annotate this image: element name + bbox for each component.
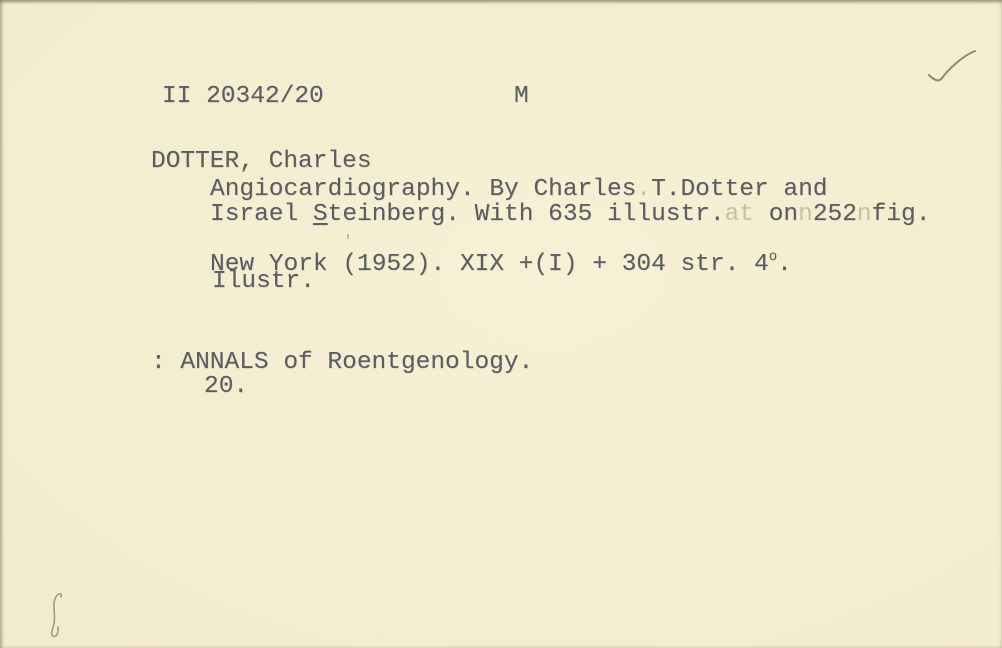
letter-mark: M [514,84,529,110]
figure-count: 252 [813,201,857,228]
illustration-note: Ilustr. [212,269,315,295]
stray-typed-mark: ' [343,233,353,252]
author-heading: DOTTER, Charles [151,149,372,175]
title-line-2: Israel Steinberg. With 635 illustr.at on… [210,202,930,228]
title-line-2-text-end: fig. [872,201,931,228]
erased-character: . [636,176,651,203]
catalog-card: II 20342/20 M DOTTER, Charles Angiocardi… [0,0,1002,648]
erased-text: n [798,201,813,228]
collation-period: . [777,251,792,278]
checkmark-icon [926,48,978,90]
title-line-1-text-cont: T.Dotter and [651,176,827,203]
series-number: 20. [204,374,248,400]
erased-text: n [857,201,872,228]
pencil-squiggle-icon [42,590,76,642]
title-line-2-text-cont: teinberg. With 635 illustr. [328,201,725,228]
call-number: II 20342/20 [162,84,324,110]
title-line-1: Angiocardiography. By Charles.T.Dotter a… [210,177,828,203]
title-line-1-text: Angiocardiography. By Charles [210,176,636,203]
underlined-letter: S [313,201,328,228]
erased-text: at [725,201,754,228]
format-superscript: o [769,249,777,265]
title-line-2-text-cont2: on [754,201,798,228]
title-line-2-text: Israel [210,201,313,228]
